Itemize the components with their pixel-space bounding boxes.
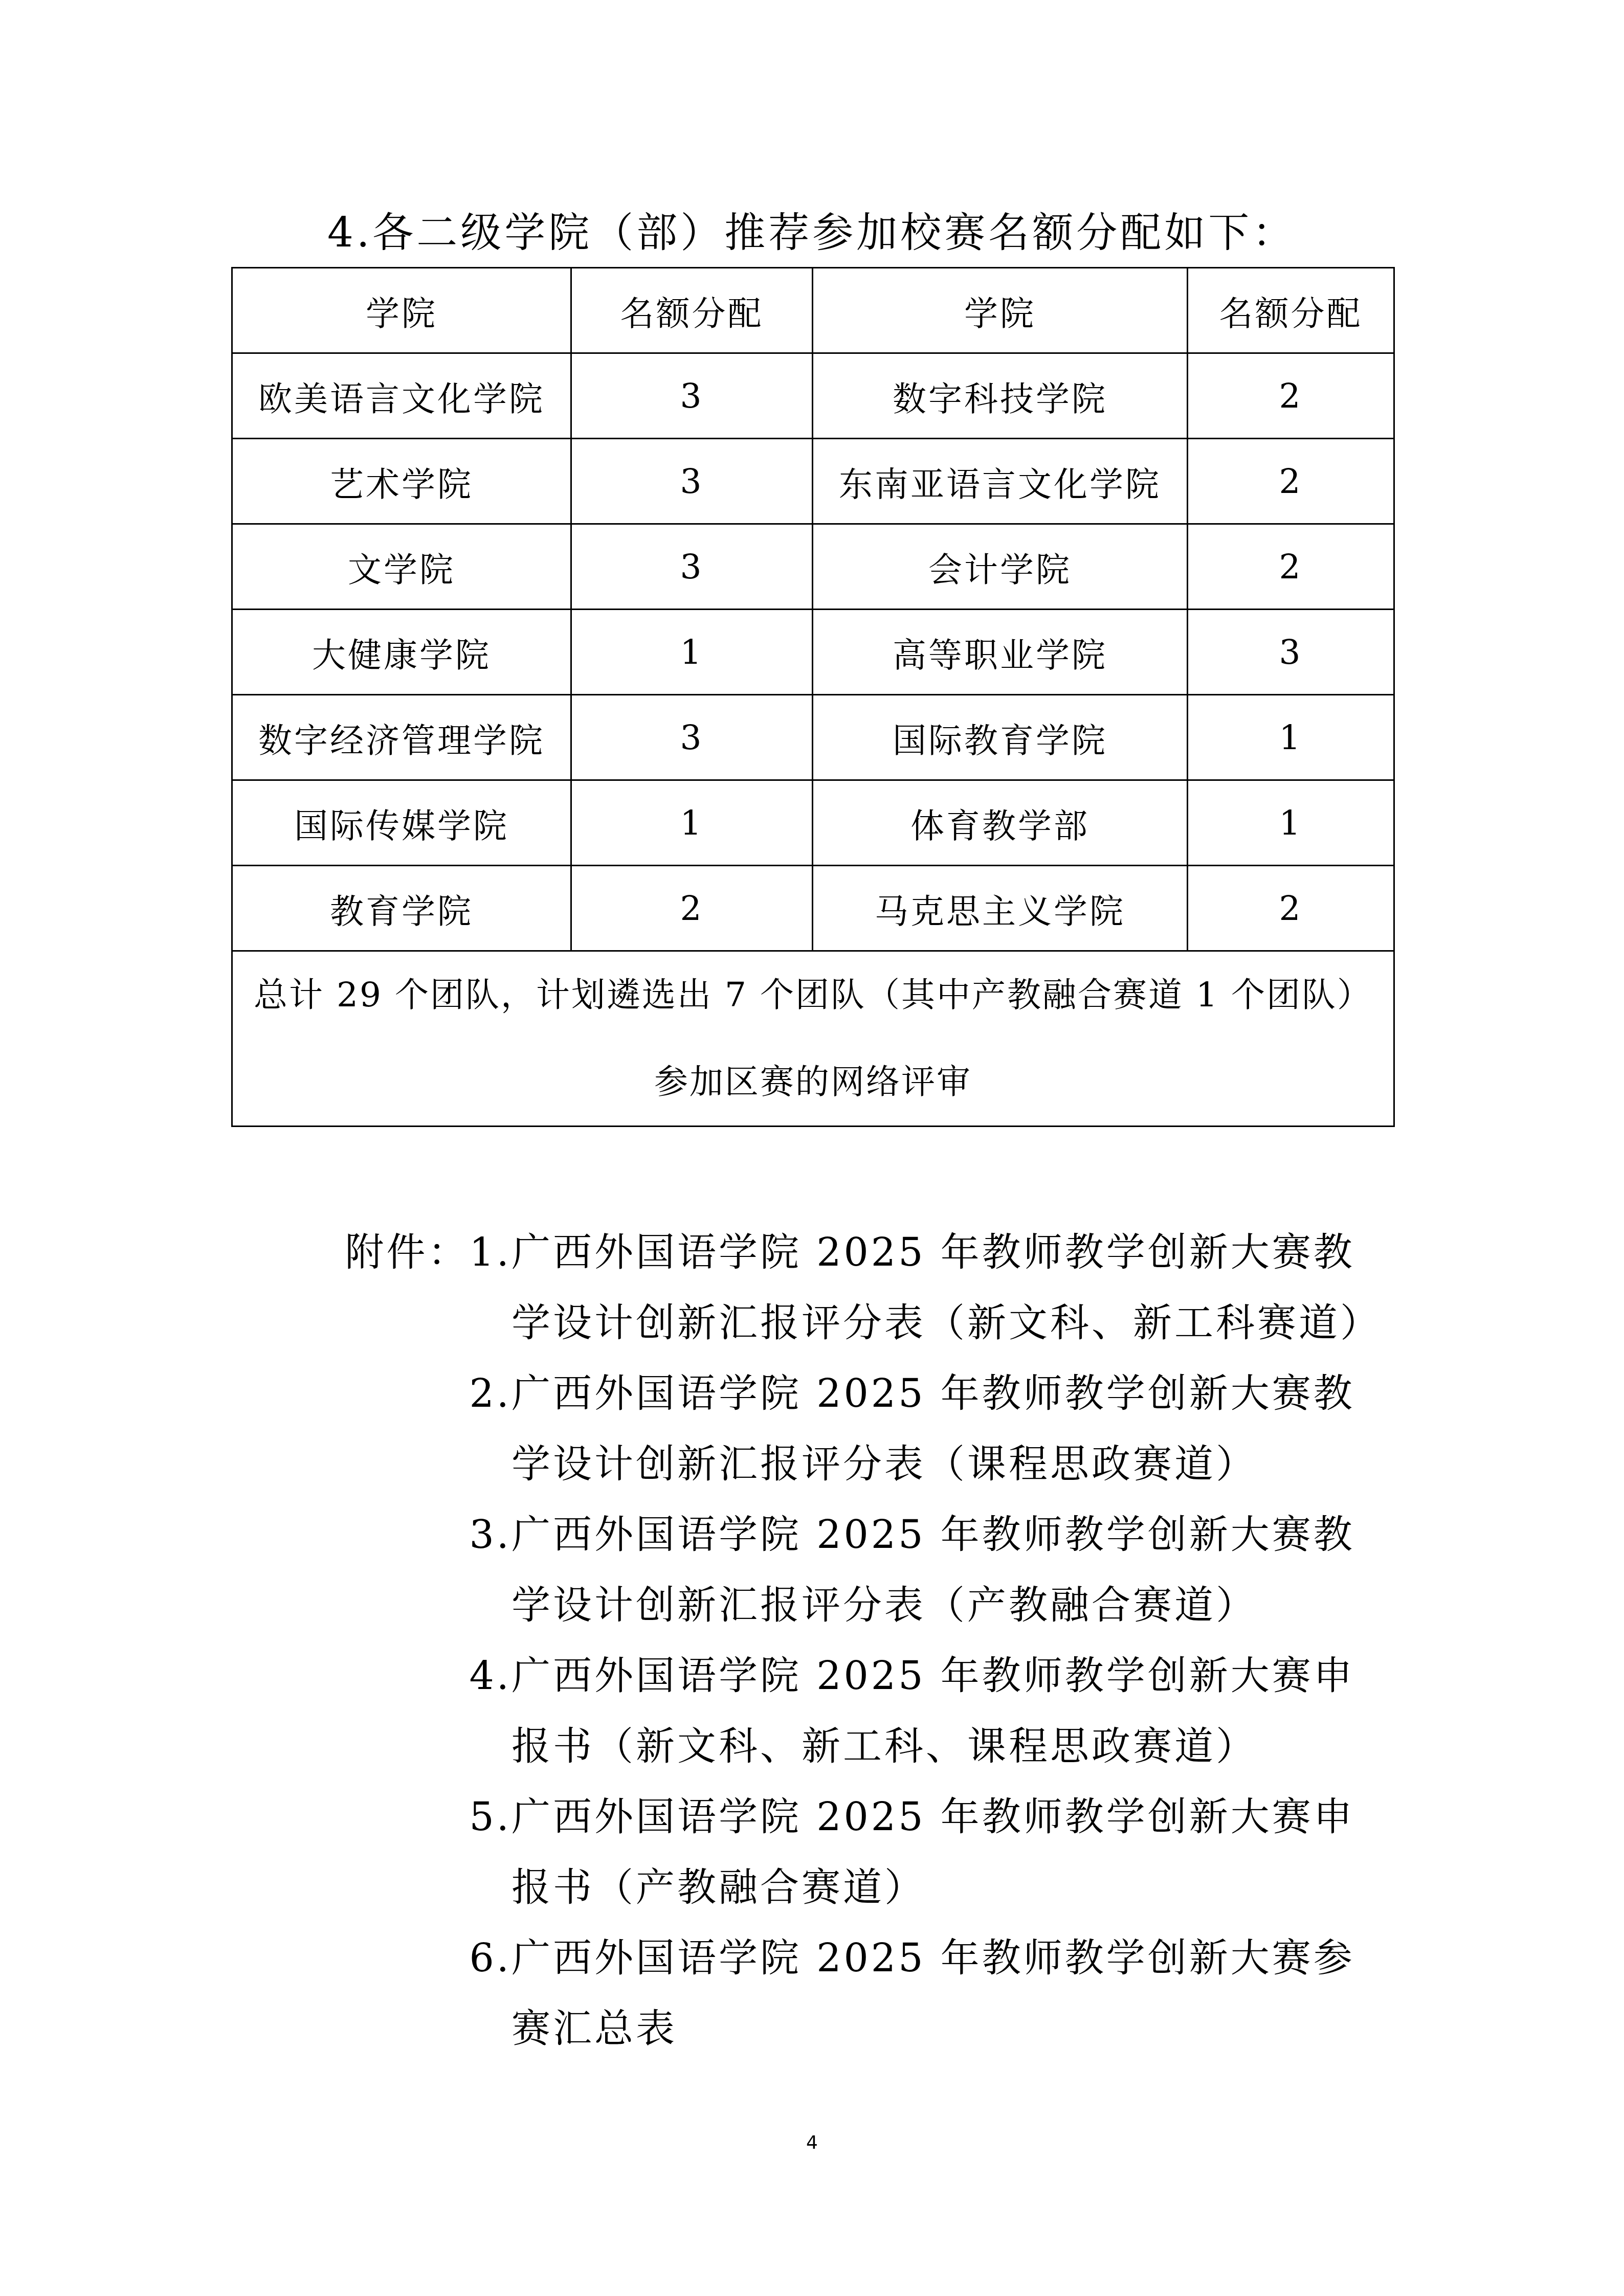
section-heading: 4.各二级学院（部）推荐参加校赛名额分配如下： (327, 202, 1296, 263)
college-name: 国际传媒学院 (232, 780, 571, 866)
quota-value: 2 (1188, 524, 1394, 610)
summary-line-2: 参加区赛的网络评审 (233, 1039, 1393, 1126)
attachment-item: 3. 广西外国语学院 2025 年教师教学创新大赛教 学设计创新汇报评分表（产教… (338, 1499, 1422, 1640)
college-name: 文学院 (232, 524, 571, 610)
summary-cell: 总计 29 个团队，计划遴选出 7 个团队（其中产教融合赛道 1 个团队） 参加… (232, 951, 1394, 1127)
attachment-number: 2. (338, 1358, 511, 1429)
attachment-title-line: 报书（产教融合赛道） (511, 1852, 1422, 1923)
quota-value: 2 (571, 866, 813, 951)
attachment-title-line: 广西外国语学院 2025 年教师教学创新大赛教 (511, 1358, 1422, 1429)
quota-value: 3 (1188, 610, 1394, 695)
table-row: 欧美语言文化学院 3 数字科技学院 2 (232, 353, 1394, 439)
table-row: 数字经济管理学院 3 国际教育学院 1 (232, 695, 1394, 780)
attachment-title-line: 广西外国语学院 2025 年教师教学创新大赛申 (511, 1782, 1422, 1852)
college-name: 东南亚语言文化学院 (813, 439, 1188, 524)
quota-value: 3 (571, 524, 813, 610)
attachment-item: 2. 广西外国语学院 2025 年教师教学创新大赛教 学设计创新汇报评分表（课程… (338, 1358, 1422, 1499)
quota-value: 2 (1188, 439, 1394, 524)
college-name: 艺术学院 (232, 439, 571, 524)
college-name: 高等职业学院 (813, 610, 1188, 695)
college-name: 体育教学部 (813, 780, 1188, 866)
attachment-item: 5. 广西外国语学院 2025 年教师教学创新大赛申 报书（产教融合赛道） (338, 1782, 1422, 1923)
college-name: 大健康学院 (232, 610, 571, 695)
quota-value: 3 (571, 439, 813, 524)
college-name: 马克思主义学院 (813, 866, 1188, 951)
table-row: 艺术学院 3 东南亚语言文化学院 2 (232, 439, 1394, 524)
table-summary-row: 总计 29 个团队，计划遴选出 7 个团队（其中产教融合赛道 1 个团队） 参加… (232, 951, 1394, 1127)
header-quota-a: 名额分配 (571, 268, 813, 353)
page-number: 4 (0, 2132, 1624, 2153)
table-header-row: 学院 名额分配 学院 名额分配 (232, 268, 1394, 353)
attachment-number: 3. (338, 1499, 511, 1570)
attachment-title-line: 广西外国语学院 2025 年教师教学创新大赛参 (511, 1923, 1422, 1993)
quota-value: 3 (571, 695, 813, 780)
quota-value: 1 (1188, 780, 1394, 866)
attachment-title-line: 学设计创新汇报评分表（产教融合赛道） (511, 1570, 1422, 1640)
attachment-number: 1. (469, 1229, 511, 1275)
attachment-number: 6. (338, 1923, 511, 1993)
attachment-item: 4. 广西外国语学院 2025 年教师教学创新大赛申 报书（新文科、新工科、课程… (338, 1640, 1422, 1782)
college-name: 数字科技学院 (813, 353, 1188, 439)
attachment-number: 5. (338, 1782, 511, 1852)
attachment-title-line: 广西外国语学院 2025 年教师教学创新大赛申 (511, 1640, 1422, 1711)
table-row: 大健康学院 1 高等职业学院 3 (232, 610, 1394, 695)
attachment-title-line: 学设计创新汇报评分表（课程思政赛道） (511, 1429, 1422, 1499)
quota-value: 3 (571, 353, 813, 439)
college-name: 会计学院 (813, 524, 1188, 610)
college-name: 欧美语言文化学院 (232, 353, 571, 439)
attachment-title-line: 学设计创新汇报评分表（新文科、新工科赛道） (511, 1288, 1422, 1358)
quota-value: 1 (571, 610, 813, 695)
attachment-title-line: 赛汇总表 (511, 1993, 1422, 2064)
table-row: 教育学院 2 马克思主义学院 2 (232, 866, 1394, 951)
header-college-b: 学院 (813, 268, 1188, 353)
college-name: 数字经济管理学院 (232, 695, 571, 780)
summary-line-1: 总计 29 个团队，计划遴选出 7 个团队（其中产教融合赛道 1 个团队） (233, 952, 1393, 1039)
attachment-item: 6. 广西外国语学院 2025 年教师教学创新大赛参 赛汇总表 (338, 1923, 1422, 2064)
attachment-item: 附件：1. 广西外国语学院 2025 年教师教学创新大赛教 学设计创新汇报评分表… (338, 1217, 1422, 1358)
attachment-number: 4. (338, 1640, 511, 1711)
college-name: 教育学院 (232, 866, 571, 951)
attachments-list: 附件：1. 广西外国语学院 2025 年教师教学创新大赛教 学设计创新汇报评分表… (338, 1217, 1422, 2064)
header-college-a: 学院 (232, 268, 571, 353)
header-quota-b: 名额分配 (1188, 268, 1394, 353)
attachment-title-line: 广西外国语学院 2025 年教师教学创新大赛教 (511, 1217, 1422, 1288)
quota-allocation-table: 学院 名额分配 学院 名额分配 欧美语言文化学院 3 数字科技学院 2 艺术学院… (231, 267, 1395, 1127)
table-row: 文学院 3 会计学院 2 (232, 524, 1394, 610)
attachments-label: 附件： (345, 1229, 469, 1275)
quota-value: 1 (571, 780, 813, 866)
college-name: 国际教育学院 (813, 695, 1188, 780)
quota-value: 1 (1188, 695, 1394, 780)
quota-value: 2 (1188, 866, 1394, 951)
table-row: 国际传媒学院 1 体育教学部 1 (232, 780, 1394, 866)
attachment-title-line: 报书（新文科、新工科、课程思政赛道） (511, 1711, 1422, 1782)
quota-value: 2 (1188, 353, 1394, 439)
attachment-title-line: 广西外国语学院 2025 年教师教学创新大赛教 (511, 1499, 1422, 1570)
